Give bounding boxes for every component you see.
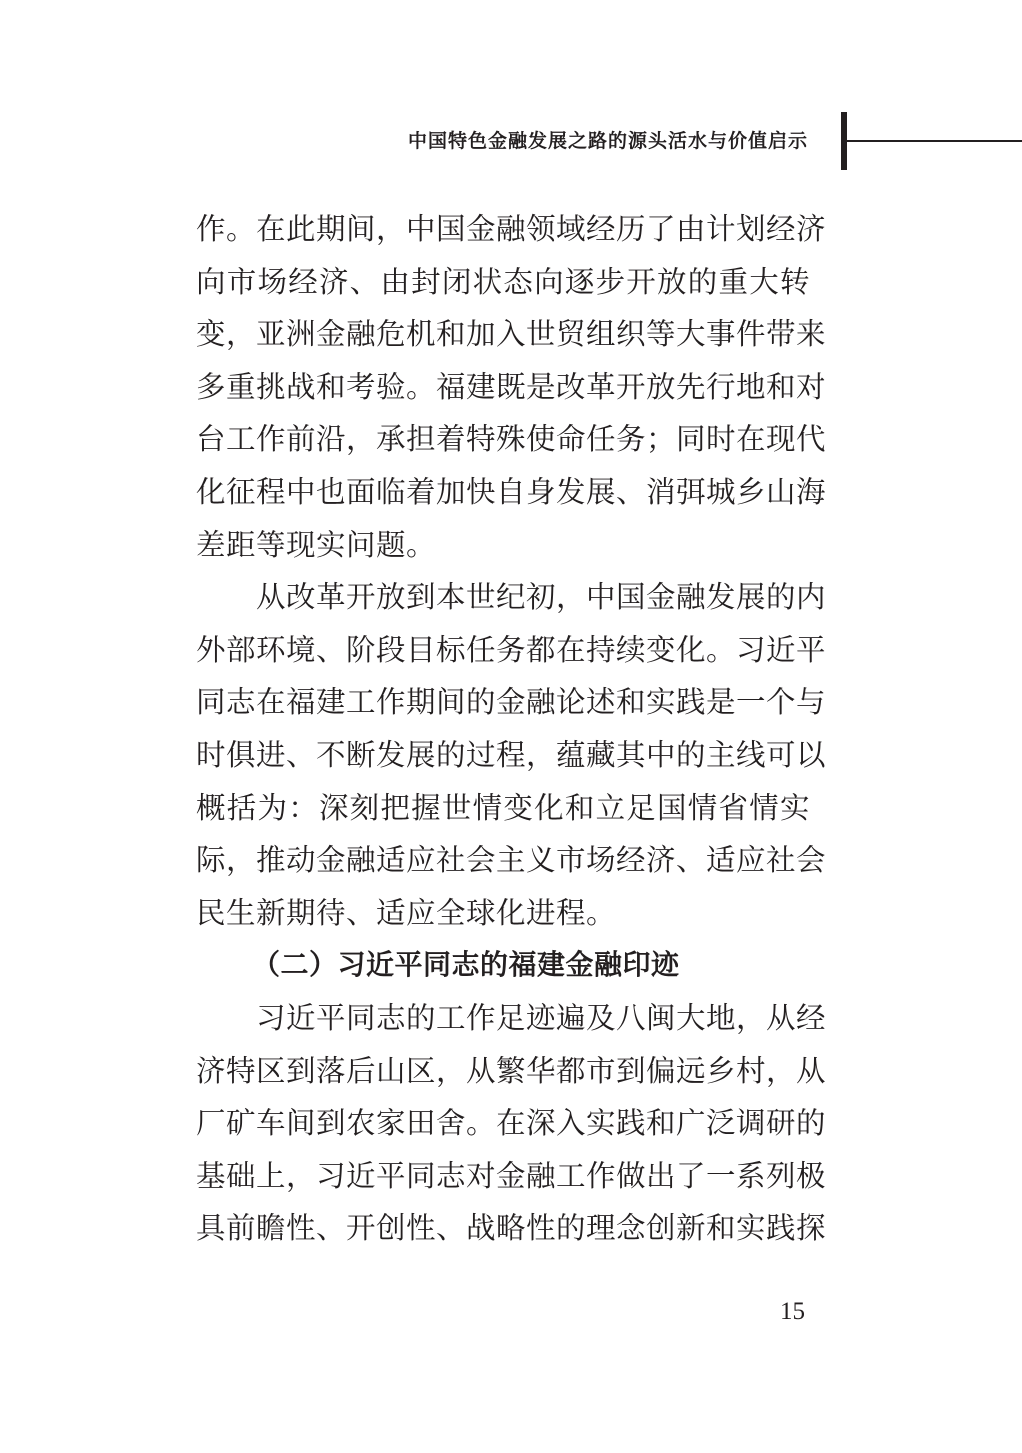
text-line: 概括为：深刻把握世情变化和立足国情省情实 <box>196 782 810 835</box>
paragraph-start-line: 从改革开放到本世纪初，中国金融发展的内 <box>196 571 810 624</box>
text-line: 基础上，习近平同志对金融工作做出了一系列极 <box>196 1150 810 1203</box>
text-line: 向市场经济、由封闭状态向逐步开放的重大转 <box>196 256 810 309</box>
text-line: 差距等现实问题。 <box>196 519 810 572</box>
text-line: 际，推动金融适应社会主义市场经济、适应社会 <box>196 834 810 887</box>
running-header-title: 中国特色金融发展之路的源头活水与价值启示 <box>308 126 808 153</box>
text-line: 台工作前沿，承担着特殊使命任务；同时在现代 <box>196 413 810 466</box>
text-line: 多重挑战和考验。福建既是改革开放先行地和对 <box>196 361 810 414</box>
text-line: 同志在福建工作期间的金融论述和实践是一个与 <box>196 676 810 729</box>
page-number: 15 <box>780 1298 805 1326</box>
header-horizontal-rule <box>847 140 1022 142</box>
text-line: 时俱进、不断发展的过程，蕴藏其中的主线可以 <box>196 729 810 782</box>
text-line: 作。在此期间，中国金融领域经历了由计划经济 <box>196 203 810 256</box>
text-line: 外部环境、阶段目标任务都在持续变化。习近平 <box>196 624 810 677</box>
section-heading: （二）习近平同志的福建金融印迹 <box>196 939 810 992</box>
text-line: 具前瞻性、开创性、战略性的理念创新和实践探 <box>196 1202 810 1255</box>
text-line: 厂矿车间到农家田舍。在深入实践和广泛调研的 <box>196 1097 810 1150</box>
body-text: 作。在此期间，中国金融领域经历了由计划经济 向市场经济、由封闭状态向逐步开放的重… <box>196 203 810 1255</box>
text-line: 变，亚洲金融危机和加入世贸组织等大事件带来 <box>196 308 810 361</box>
text-line: 济特区到落后山区，从繁华都市到偏远乡村，从 <box>196 1045 810 1098</box>
paragraph-start-line: 习近平同志的工作足迹遍及八闽大地，从经 <box>196 992 810 1045</box>
text-line: 化征程中也面临着加快自身发展、消弭城乡山海 <box>196 466 810 519</box>
text-line: 民生新期待、适应全球化进程。 <box>196 887 810 940</box>
